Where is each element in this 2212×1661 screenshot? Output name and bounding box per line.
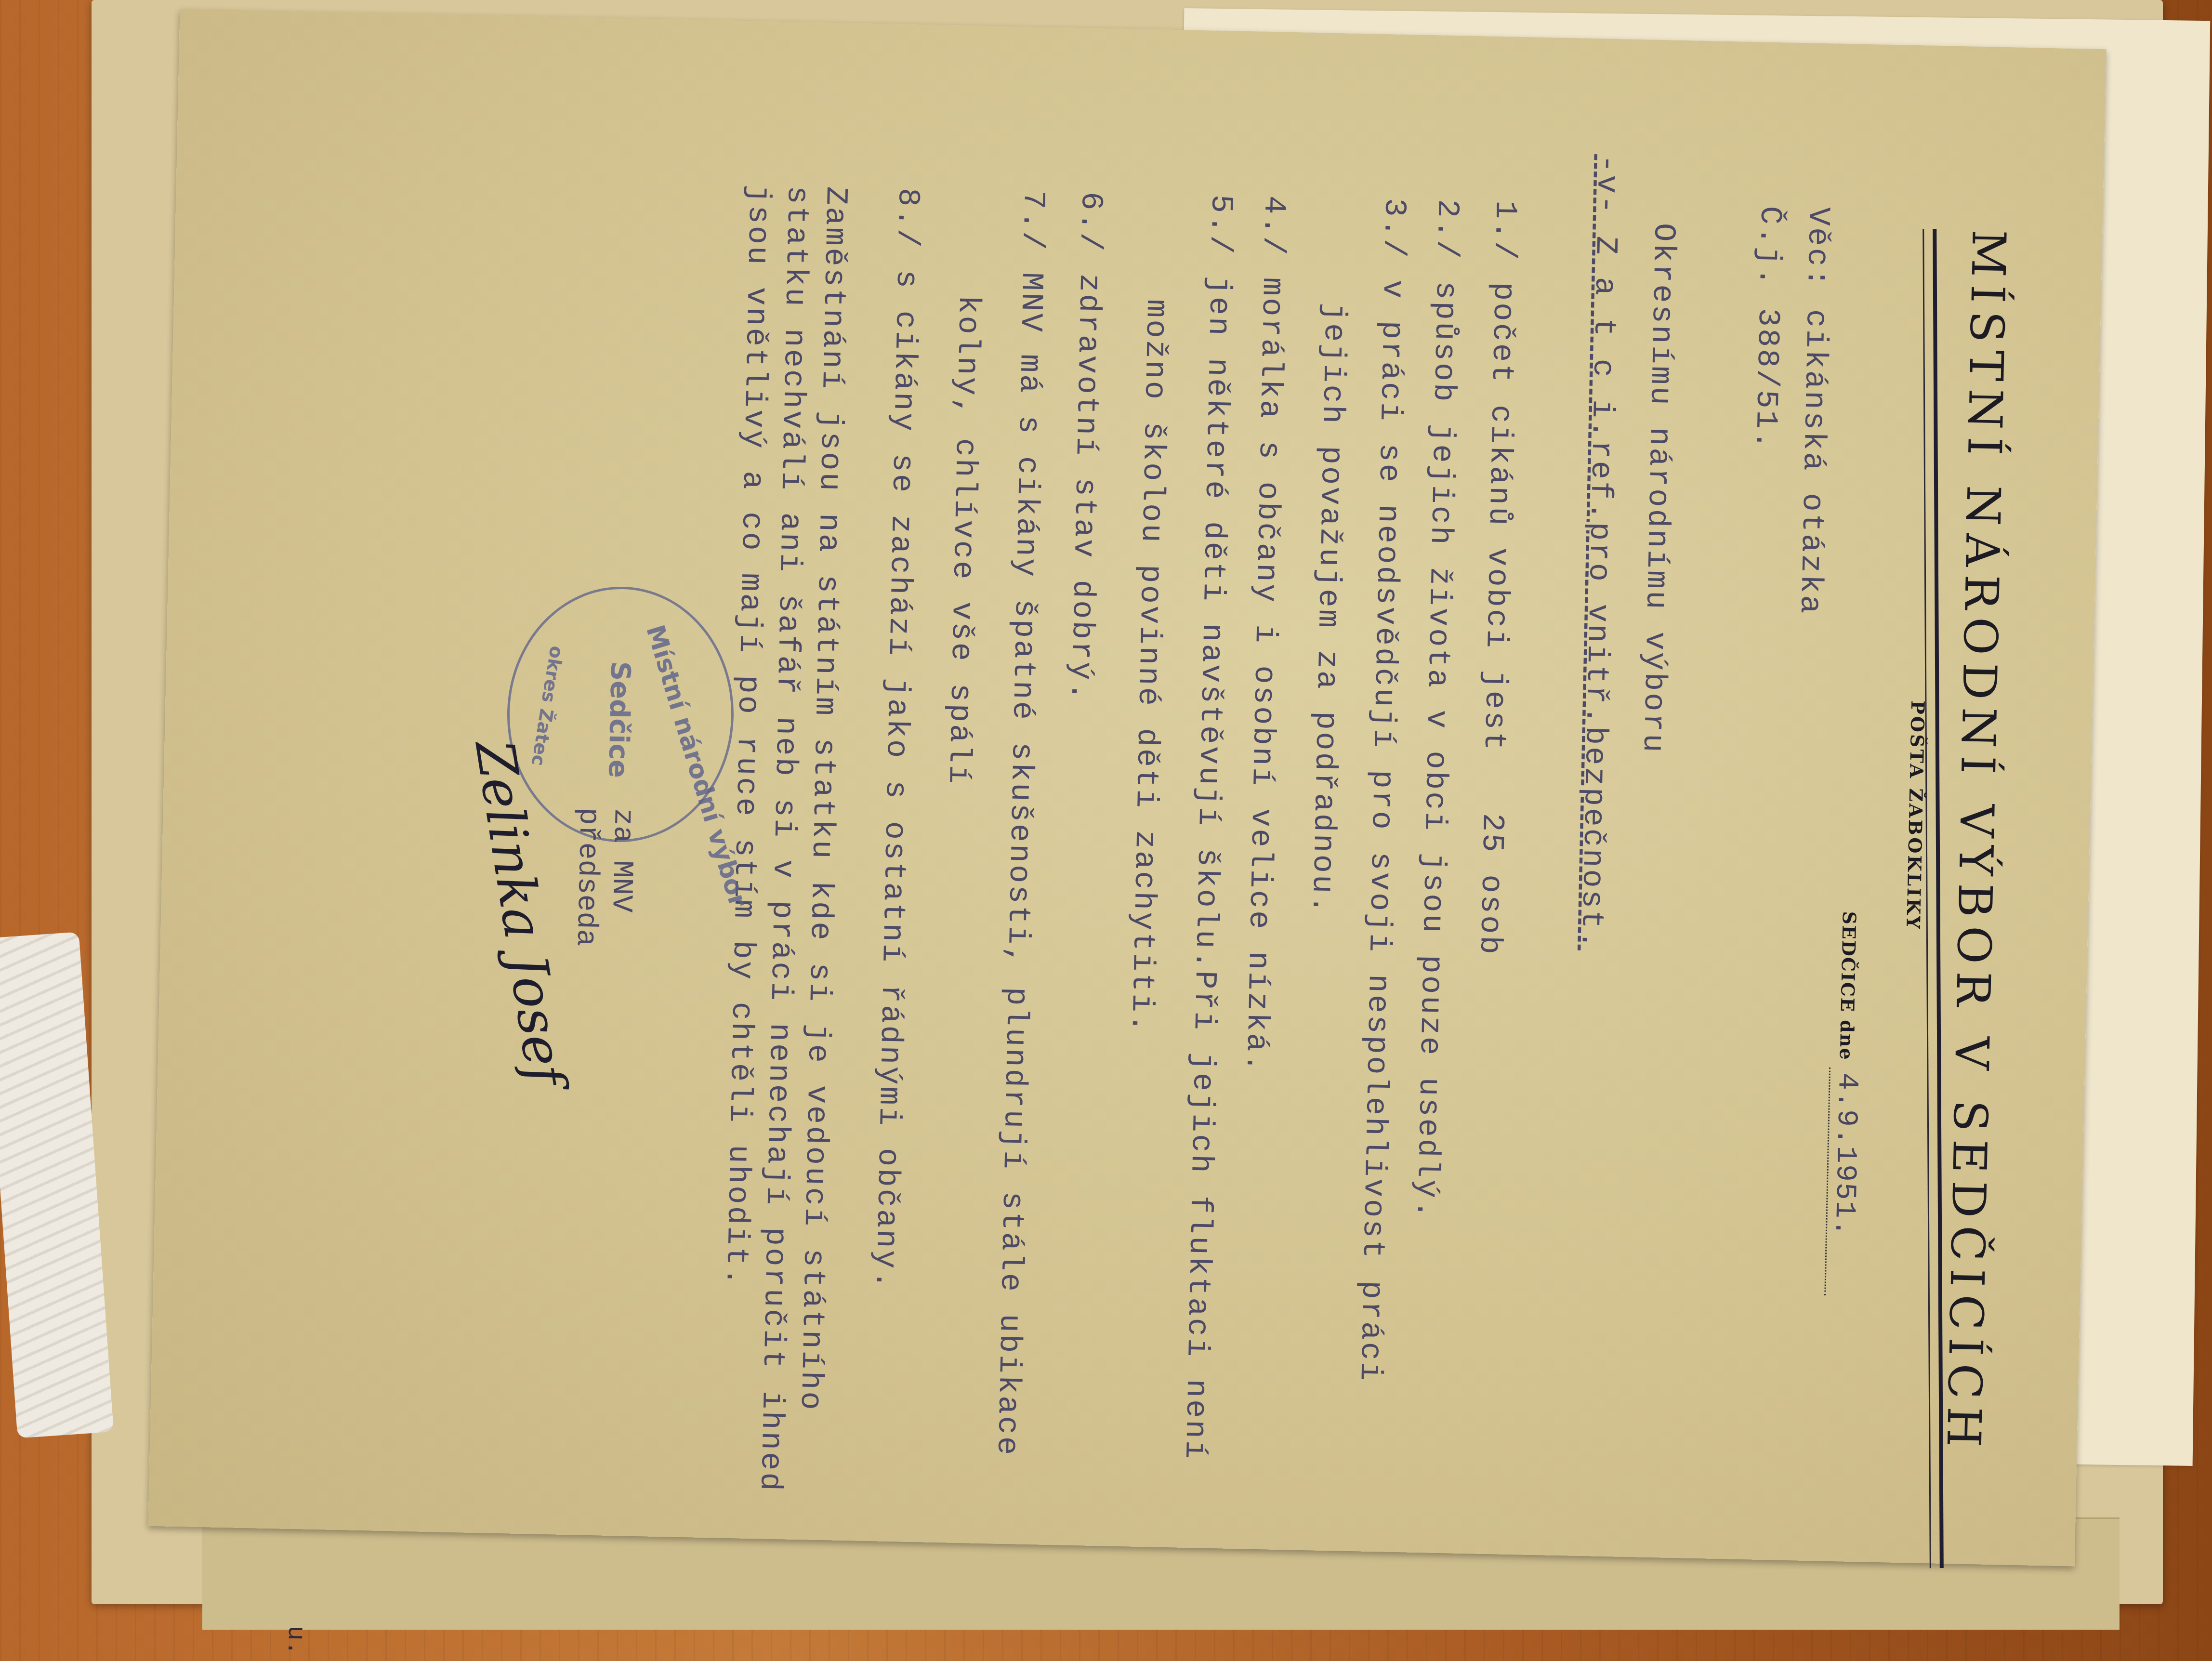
subject-text: cikánská otázka	[1792, 309, 1833, 616]
item-text: MNV má s cikány špatné skušenosti, plund…	[989, 272, 1048, 1457]
date-line: SEDČICE dne 4.9.1951.	[1826, 911, 1867, 1296]
item-number: 1./	[1486, 200, 1522, 262]
stamp-bottom-text: okres Žatec	[527, 645, 567, 767]
post-office: POŠTA ŽABOKLIKY	[1902, 700, 1929, 931]
signature-block: za MNV předseda	[568, 807, 640, 948]
item-number: 8./	[889, 187, 925, 250]
item-number: 7./	[1014, 190, 1050, 252]
item-3: 3./ v práci se neodsvědčují pro svoji ne…	[1354, 198, 1409, 1383]
letterhead: MÍSTNÍ NÁRODNÍ VÝBOR V SEDČICÍCH	[1934, 229, 2016, 1579]
stamp-center-text: Sedčice	[602, 661, 636, 778]
subject-label: Věc:	[1799, 207, 1835, 289]
item-text: morálka s občany i osobní velice nízká.	[1238, 277, 1290, 1074]
item-text: počet cikánů vobci jest 25 osob	[1472, 282, 1520, 957]
item-text: s cikány se zachází jako s ostatní řádný…	[867, 269, 923, 1291]
signature-for: za MNV	[604, 808, 639, 912]
item-7-cont: kolny, chlívce vše spálí	[942, 295, 983, 786]
signature-title: předseda	[569, 807, 605, 947]
item-number: 6./	[1072, 191, 1108, 253]
reference-number: Č.j. 388/51.	[1749, 206, 1785, 451]
item-2: 2./ spůsob jejich života v obci jsou pou…	[1410, 199, 1462, 1221]
subject-line: Věc: cikánská otázka	[1794, 207, 1833, 616]
item-text: spůsob jejich života v obci jsou pouze u…	[1408, 280, 1462, 1221]
item-4: 4./ morálka s občany i osobní velice níz…	[1240, 195, 1289, 1074]
item-number: 2./	[1428, 199, 1464, 261]
recipient: Okresnímu národnímu výboru	[1637, 223, 1679, 754]
item-number: 5./	[1202, 194, 1238, 256]
item-number: 4./	[1255, 195, 1291, 257]
item-3-cont: jejich považujem za podřadnou.	[1306, 303, 1350, 916]
footnote-mark: u.	[281, 1625, 310, 1656]
letterhead-rule	[1922, 229, 1944, 1568]
item-1: 1./ počet cikánů vobci jest 25 osob	[1474, 200, 1520, 956]
item-text: zdravotní stav dobrý.	[1063, 273, 1106, 703]
item-text: v práci se neodsvědčují pro svoji nespol…	[1352, 279, 1409, 1383]
department-line: -v- Z a t c i.ref.pro vnitř.bezpečnost.	[1575, 154, 1622, 951]
official-stamp: Místní národní výbor Sedčice okres Žatec	[504, 584, 736, 844]
item-5: 5./ jen některé děti navštěvují školu.Př…	[1179, 194, 1236, 1461]
document-sheet: MÍSTNÍ NÁRODNÍ VÝBOR V SEDČICÍCH POŠTA Ž…	[148, 9, 2106, 1566]
date-value: 4.9.1951.	[1824, 1068, 1863, 1295]
item-5-cont: možno školou povinné děti zachytiti.	[1125, 299, 1171, 1035]
date-label: SEDČICE dne	[1835, 911, 1860, 1061]
letterhead-title: MÍSTNÍ NÁRODNÍ VÝBOR V SEDČICÍCH	[1936, 229, 2015, 1455]
item-7: 7./ MNV má s cikány špatné skušenosti, p…	[991, 190, 1048, 1457]
item-text: jen některé děti navštěvují školu.Při je…	[1177, 276, 1236, 1462]
item-number: 3./	[1375, 198, 1411, 260]
item-8: 8./ s cikány se zachází jako s ostatní ř…	[869, 188, 923, 1292]
document-content: MÍSTNÍ NÁRODNÍ VÝBOR V SEDČICÍCH POŠTA Ž…	[148, 9, 2106, 1566]
item-6: 6./ zdravotní stav dobrý.	[1065, 191, 1106, 702]
